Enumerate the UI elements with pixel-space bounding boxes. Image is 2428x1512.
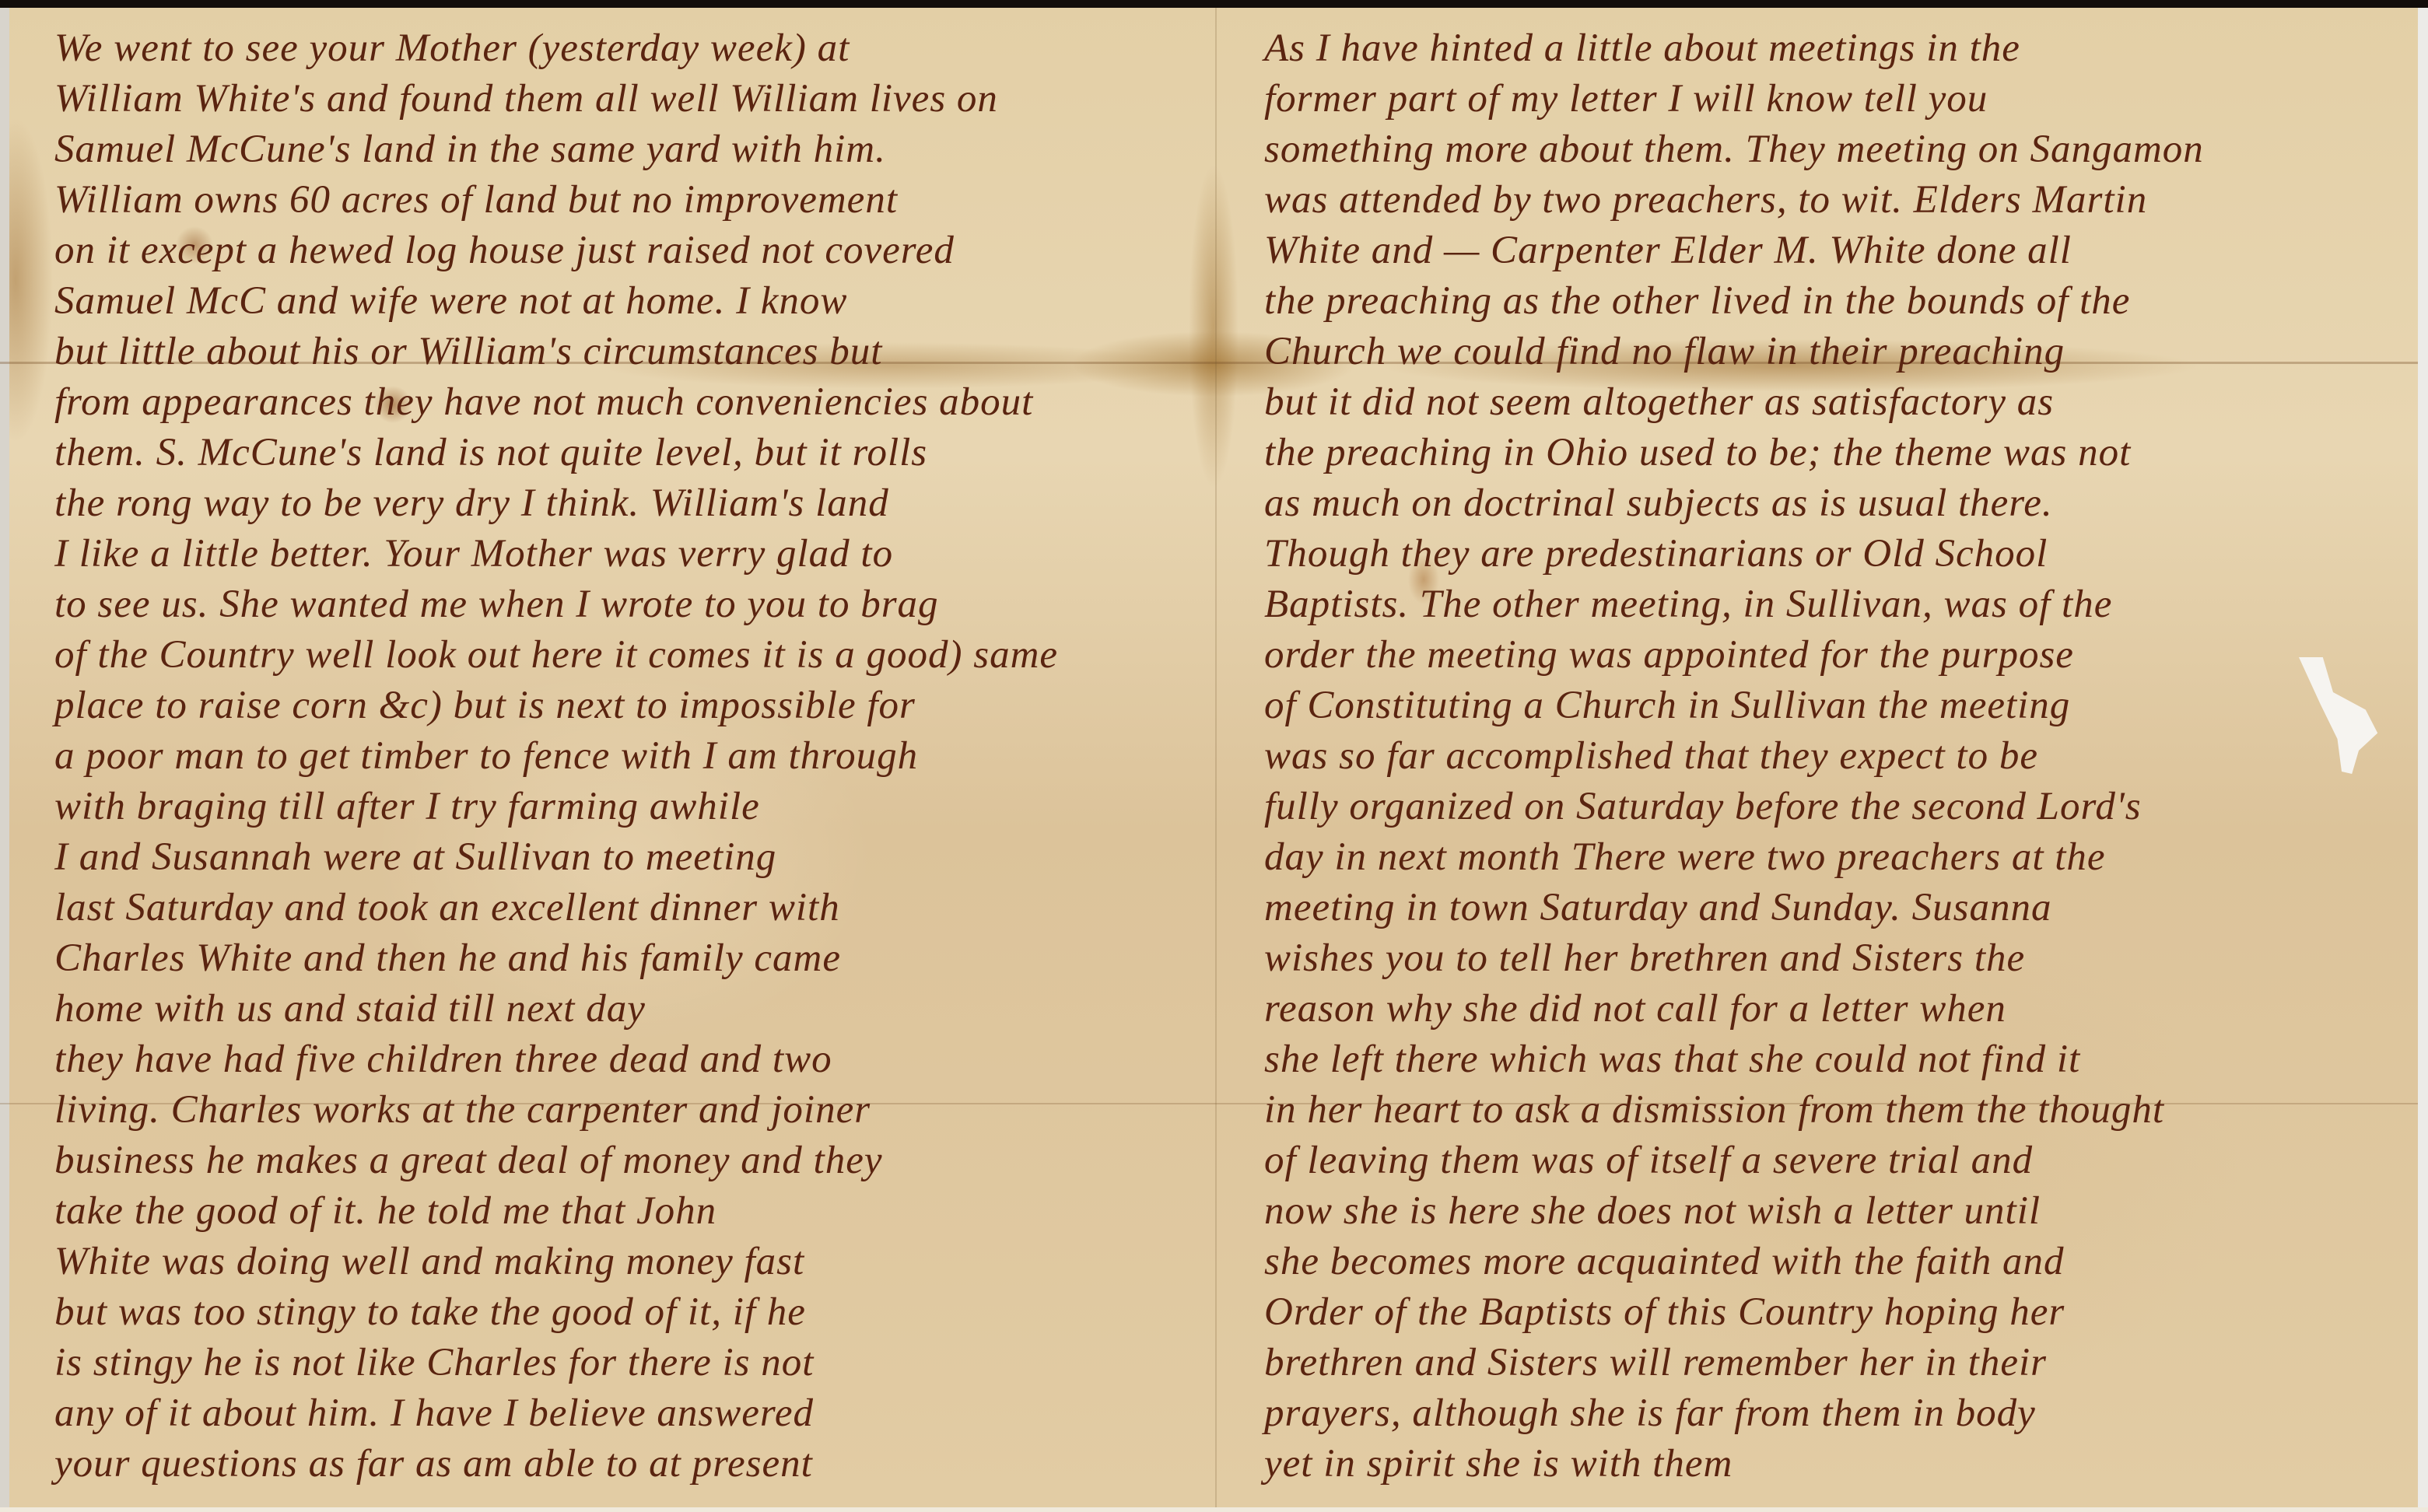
- handwritten-line: Charles White and then he and his family…: [54, 933, 1206, 984]
- scan-right-border: [2418, 8, 2428, 1512]
- handwritten-line: but little about his or William's circum…: [54, 327, 1206, 377]
- handwritten-line: I like a little better. Your Mother was …: [54, 529, 1206, 579]
- handwritten-line: the preaching in Ohio used to be; the th…: [1264, 428, 2416, 478]
- left-column-text: We went to see your Mother (yesterday we…: [54, 23, 1206, 1489]
- scan-top-border: [0, 0, 2428, 8]
- right-column-text: As I have hinted a little about meetings…: [1264, 23, 2416, 1489]
- handwritten-line: Samuel McCune's land in the same yard wi…: [54, 124, 1206, 175]
- handwritten-line: was attended by two preachers, to wit. E…: [1264, 175, 2416, 226]
- handwritten-line: from appearances they have not much conv…: [54, 377, 1206, 428]
- handwritten-line: the preaching as the other lived in the …: [1264, 276, 2416, 327]
- handwritten-line: but was too stingy to take the good of i…: [54, 1287, 1206, 1338]
- handwritten-line: Samuel McC and wife were not at home. I …: [54, 276, 1206, 327]
- handwritten-line: any of it about him. I have I believe an…: [54, 1388, 1206, 1439]
- handwritten-line: she becomes more acquainted with the fai…: [1264, 1237, 2416, 1287]
- scan-bottom-border: [0, 1507, 2428, 1512]
- handwritten-line: take the good of it. he told me that Joh…: [54, 1186, 1206, 1237]
- handwritten-line: White was doing well and making money fa…: [54, 1237, 1206, 1287]
- handwritten-line: day in next month There were two preache…: [1264, 832, 2416, 883]
- handwritten-line: living. Charles works at the carpenter a…: [54, 1085, 1206, 1136]
- handwritten-line: Order of the Baptists of this Country ho…: [1264, 1287, 2416, 1338]
- handwritten-line: meeting in town Saturday and Sunday. Sus…: [1264, 883, 2416, 933]
- handwritten-line: of Constituting a Church in Sullivan the…: [1264, 681, 2416, 731]
- handwritten-line: fully organized on Saturday before the s…: [1264, 782, 2416, 832]
- handwritten-line: the rong way to be very dry I think. Wil…: [54, 478, 1206, 529]
- handwritten-line: something more about them. They meeting …: [1264, 124, 2416, 175]
- handwritten-line: of leaving them was of itself a severe t…: [1264, 1136, 2416, 1186]
- handwritten-line: a poor man to get timber to fence with I…: [54, 731, 1206, 782]
- handwritten-line: reason why she did not call for a letter…: [1264, 984, 2416, 1034]
- handwritten-line: home with us and staid till next day: [54, 984, 1206, 1034]
- handwritten-line: she left there which was that she could …: [1264, 1034, 2416, 1085]
- handwritten-line: Church we could find no flaw in their pr…: [1264, 327, 2416, 377]
- handwritten-line: Baptists. The other meeting, in Sullivan…: [1264, 579, 2416, 630]
- handwritten-line: wishes you to tell her brethren and Sist…: [1264, 933, 2416, 984]
- handwritten-line: they have had five children three dead a…: [54, 1034, 1206, 1085]
- handwritten-line: them. S. McCune's land is not quite leve…: [54, 428, 1206, 478]
- handwritten-line: last Saturday and took an excellent dinn…: [54, 883, 1206, 933]
- handwritten-line: order the meeting was appointed for the …: [1264, 630, 2416, 681]
- handwritten-line: White and — Carpenter Elder M. White don…: [1264, 226, 2416, 276]
- handwritten-line: your questions as far as am able to at p…: [54, 1439, 1206, 1489]
- handwritten-line: We went to see your Mother (yesterday we…: [54, 23, 1206, 74]
- handwritten-line: now she is here she does not wish a lett…: [1264, 1186, 2416, 1237]
- handwritten-line: yet in spirit she is with them: [1264, 1439, 2416, 1489]
- handwritten-line: on it except a hewed log house just rais…: [54, 226, 1206, 276]
- handwritten-line: with braging till after I try farming aw…: [54, 782, 1206, 832]
- handwritten-line: former part of my letter I will know tel…: [1264, 74, 2416, 124]
- handwritten-line: place to raise corn &c) but is next to i…: [54, 681, 1206, 731]
- scan-left-border: [0, 8, 9, 1512]
- handwritten-line: business he makes a great deal of money …: [54, 1136, 1206, 1186]
- handwritten-line: of the Country well look out here it com…: [54, 630, 1206, 681]
- handwritten-line: in her heart to ask a dismission from th…: [1264, 1085, 2416, 1136]
- handwritten-line: brethren and Sisters will remember her i…: [1264, 1338, 2416, 1388]
- handwritten-line: was so far accomplished that they expect…: [1264, 731, 2416, 782]
- handwritten-line: but it did not seem altogether as satisf…: [1264, 377, 2416, 428]
- handwritten-line: As I have hinted a little about meetings…: [1264, 23, 2416, 74]
- handwritten-line: prayers, although she is far from them i…: [1264, 1388, 2416, 1439]
- handwritten-line: to see us. She wanted me when I wrote to…: [54, 579, 1206, 630]
- handwritten-line: Though they are predestinarians or Old S…: [1264, 529, 2416, 579]
- handwritten-line: as much on doctrinal subjects as is usua…: [1264, 478, 2416, 529]
- letter-page: We went to see your Mother (yesterday we…: [0, 0, 2428, 1512]
- handwritten-line: is stingy he is not like Charles for the…: [54, 1338, 1206, 1388]
- handwritten-line: William owns 60 acres of land but no imp…: [54, 175, 1206, 226]
- handwritten-line: William White's and found them all well …: [54, 74, 1206, 124]
- handwritten-line: I and Susannah were at Sullivan to meeti…: [54, 832, 1206, 883]
- vertical-fold-line: [1215, 8, 1217, 1507]
